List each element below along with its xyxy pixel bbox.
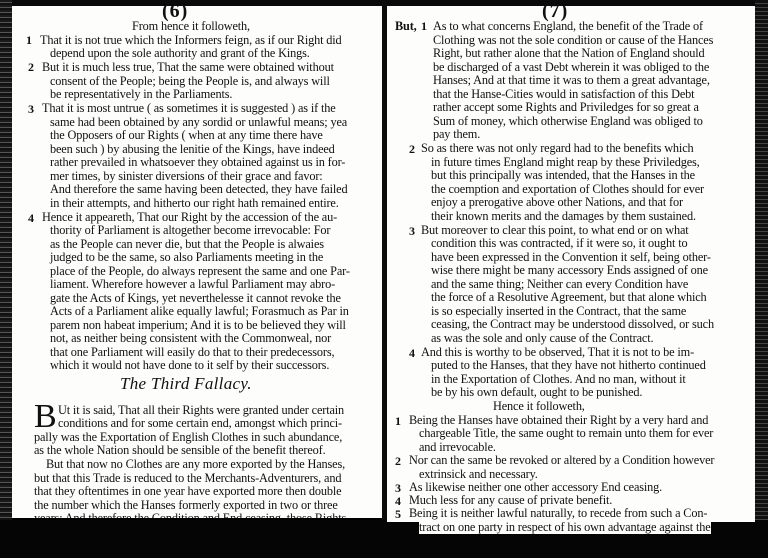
text-line: parem non habeat imperium; And it is to … [50, 318, 346, 332]
intro-line: From hence it followeth, [12, 19, 370, 33]
text-line: That it is not true which the Informers … [40, 33, 342, 47]
text-line: rather accept some Rights and Priviledge… [433, 100, 699, 114]
item-number: 4 [409, 346, 415, 361]
item-number: 3 [28, 102, 34, 117]
intro-line: Hence it followeth, [493, 399, 585, 413]
item-number: 2 [409, 142, 415, 157]
text-line: judged to be the same, so also Parliamen… [50, 250, 323, 264]
text-line: same had been obtained by any sordid or … [50, 115, 347, 129]
item-number: 4 [28, 211, 34, 226]
text-line: And this is worthy to be observed, That … [421, 345, 694, 359]
text-line: the number which the Hanses formerly exp… [34, 498, 338, 512]
text-line: As to what concerns England, the benefit… [433, 19, 703, 33]
text-line: in the Exportation of Clothes. And no ma… [431, 372, 686, 386]
text-line: gate the Acts of Kings, yet nevertheless… [50, 291, 341, 305]
text-line: As likewise neither one other accessory … [409, 480, 662, 494]
text-line: But moreover to clear this point, to wha… [421, 223, 689, 237]
text-line: And therefore the same having been detec… [50, 182, 347, 196]
text-line: which it would not have done to it self … [50, 358, 329, 372]
lead-word: But, [395, 19, 417, 33]
text-line: in their attempts, and hitherto our righ… [50, 196, 339, 210]
text-line: is so especially inserted in the Contrac… [431, 304, 686, 318]
text-line: the coemption and exportation of Clothes… [431, 182, 704, 196]
text-line: wise there might be many accessory Ends … [431, 263, 708, 277]
text-line: Right, but rather alone that the Nation … [433, 46, 705, 60]
catchword: But, [312, 516, 333, 518]
text-line: the force of a Resolutive Agreement, but… [431, 290, 707, 304]
text-line: tract on one party in respect of his own… [419, 520, 711, 534]
text-line: consent of the People; being the People … [50, 74, 330, 88]
text-line: that they oftentimes in one year have ex… [34, 484, 341, 498]
text-line: pally was the Exportation of English Clo… [34, 430, 342, 444]
text-line: extrinsick and necessary. [419, 467, 538, 481]
text-line: chargeable Title, the same ought to rema… [419, 426, 713, 440]
text-line: as was the sole and only cause of the Co… [431, 331, 653, 345]
text-line: but this principally was intended, that … [431, 168, 695, 182]
text-line: and irrevocable. [419, 440, 496, 454]
right-page: (7) But, 1 As to what concerns England, … [387, 6, 755, 522]
text-line: as the whole Nation should be sensible o… [34, 443, 326, 457]
item-number: 1 [421, 19, 427, 34]
left-page: (6) From hence it followeth, 1 That it i… [12, 6, 382, 518]
book-spread: (6) From hence it followeth, 1 That it i… [0, 0, 768, 558]
text-line: ceasing, the Contract may be understood … [431, 317, 714, 331]
text-line: been such ) by abusing the lenitie of th… [50, 142, 335, 156]
text-line: and the same thing; Neither can every Co… [431, 277, 688, 291]
text-line: the Opposers of our Rights ( when at any… [50, 128, 323, 142]
text-line: puted to the Hanses, that they have not … [431, 358, 706, 372]
scan-right-edge [755, 0, 768, 558]
text-line: Much less for any cause of private benef… [409, 493, 612, 507]
scan-left-edge [0, 0, 12, 558]
text-line: their known merits and the damages by th… [431, 209, 696, 223]
text-line: as the People can never die, but that th… [50, 237, 324, 251]
text-line: years; And therefore the Condition and E… [34, 511, 346, 518]
item-number: 2 [28, 60, 34, 75]
text-line: be by his own default, ought to be punis… [431, 385, 642, 399]
section-heading: The Third Fallacy. [120, 374, 252, 394]
text-line: But that now no Clothes are any more exp… [46, 457, 345, 471]
drop-cap: B [34, 402, 57, 432]
text-line: Hanses; And at that time it was to them … [433, 73, 710, 87]
text-line: Being the Hanses have obtained their Rig… [409, 413, 708, 427]
text-line: conditions and for some certain end, amo… [58, 416, 342, 430]
text-line: that one Parliament will easily do that … [50, 345, 334, 359]
text-line: but that this Trade is reduced to the Me… [34, 471, 341, 485]
text-line: in future times England might reap by th… [431, 155, 700, 169]
item-number: 5 [395, 507, 401, 522]
item-number: 2 [395, 454, 401, 469]
text-line: So as there was not only regard had to t… [421, 141, 694, 155]
text-line: That it is most untrue ( as sometimes it… [42, 101, 336, 115]
text-line: be representatively in the Parliaments. [50, 87, 232, 101]
text-line: Sum of money, which otherwise England wa… [433, 114, 703, 128]
text-line: Clothing was not the sole condition or c… [433, 33, 713, 47]
text-line: depend upon the sole authority and grant… [50, 46, 310, 60]
text-line: that the Hanse-Cities would in satisfact… [433, 87, 694, 101]
text-line: Being it is neither lawful naturally, to… [409, 506, 707, 520]
text-line: place of the People, do always represent… [50, 264, 350, 278]
text-line: rather prevailed in whatsoever they obta… [50, 155, 345, 169]
text-line: pay them. [433, 127, 480, 141]
text-line: condition this was contracted, if it wer… [431, 236, 687, 250]
text-line: But it is much less true, That the same … [42, 60, 334, 74]
text-line: thority of Parliament is altogether beco… [50, 223, 330, 237]
text-line: Hence it appeareth, That our Right by th… [42, 210, 337, 224]
item-number: 3 [409, 224, 415, 239]
text-line: have been expressed in the Convention it… [431, 250, 711, 264]
text-line: be discharged of a vast Debt wherein it … [433, 60, 709, 74]
item-number: 1 [395, 414, 401, 429]
text-line: mer times, by sinister diversions of the… [50, 169, 323, 183]
text-line: liament. Wherefore however a lawful Parl… [50, 277, 335, 291]
text-line: not, as neither being consistent with th… [50, 331, 331, 345]
text-line: Ut it is said, That all their Rights wer… [58, 403, 344, 417]
text-line: Nor can the same be revoked or altered b… [409, 453, 714, 467]
text-line: Acts of a Parliament alike equally lawfu… [50, 304, 349, 318]
text-line: enjoy a prerogative above other Nations,… [431, 195, 683, 209]
item-number: 1 [26, 33, 32, 48]
